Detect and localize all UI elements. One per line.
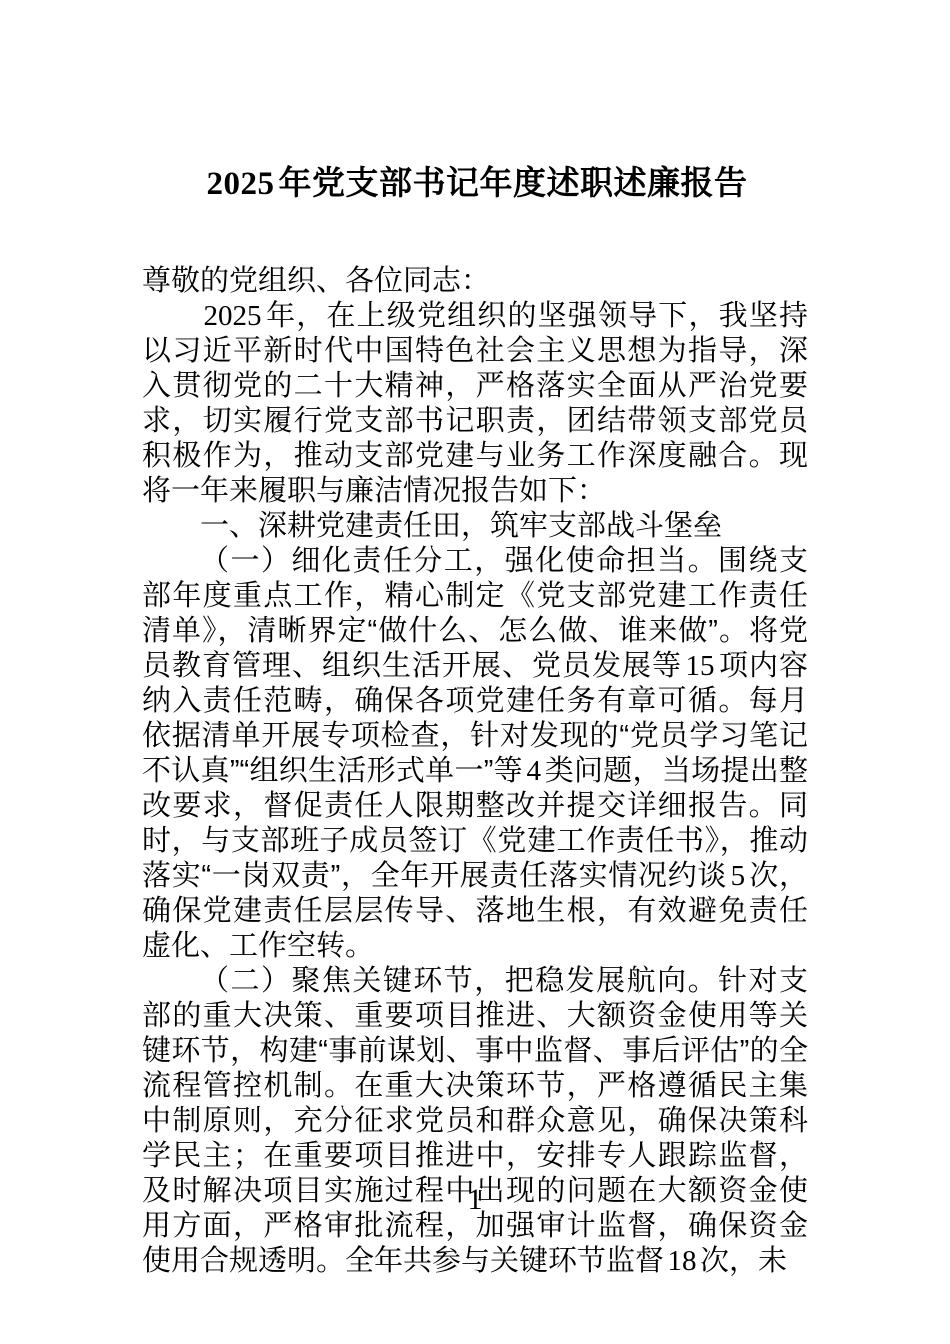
report-title: 2025年党支部书记年度述职述廉报告 — [142, 156, 808, 211]
section-heading-1: 一、深耕党建责任田，筑牢支部战斗堡垒 — [142, 509, 808, 544]
page-number: 1 — [0, 1183, 950, 1217]
document-page: 2025年党支部书记年度述职述廉报告 尊敬的党组织、各位同志： 2025年，在上… — [0, 0, 950, 1344]
body-paragraph-1-1: （一）细化责任分工，强化使命担当。围绕支部年度重点工作，精心制定《党支部党建工作… — [142, 544, 808, 964]
body-paragraph-intro: 2025年，在上级党组织的坚强领导下，我坚持以习近平新时代中国特色社会主义思想为… — [142, 299, 808, 509]
body-paragraph-1-2: （二）聚焦关键环节，把稳发展航向。针对支部的重大决策、重要项目推进、大额资金使用… — [142, 964, 808, 1279]
document-content: 2025年党支部书记年度述职述廉报告 尊敬的党组织、各位同志： 2025年，在上… — [0, 0, 950, 1279]
salutation: 尊敬的党组织、各位同志： — [142, 264, 808, 299]
